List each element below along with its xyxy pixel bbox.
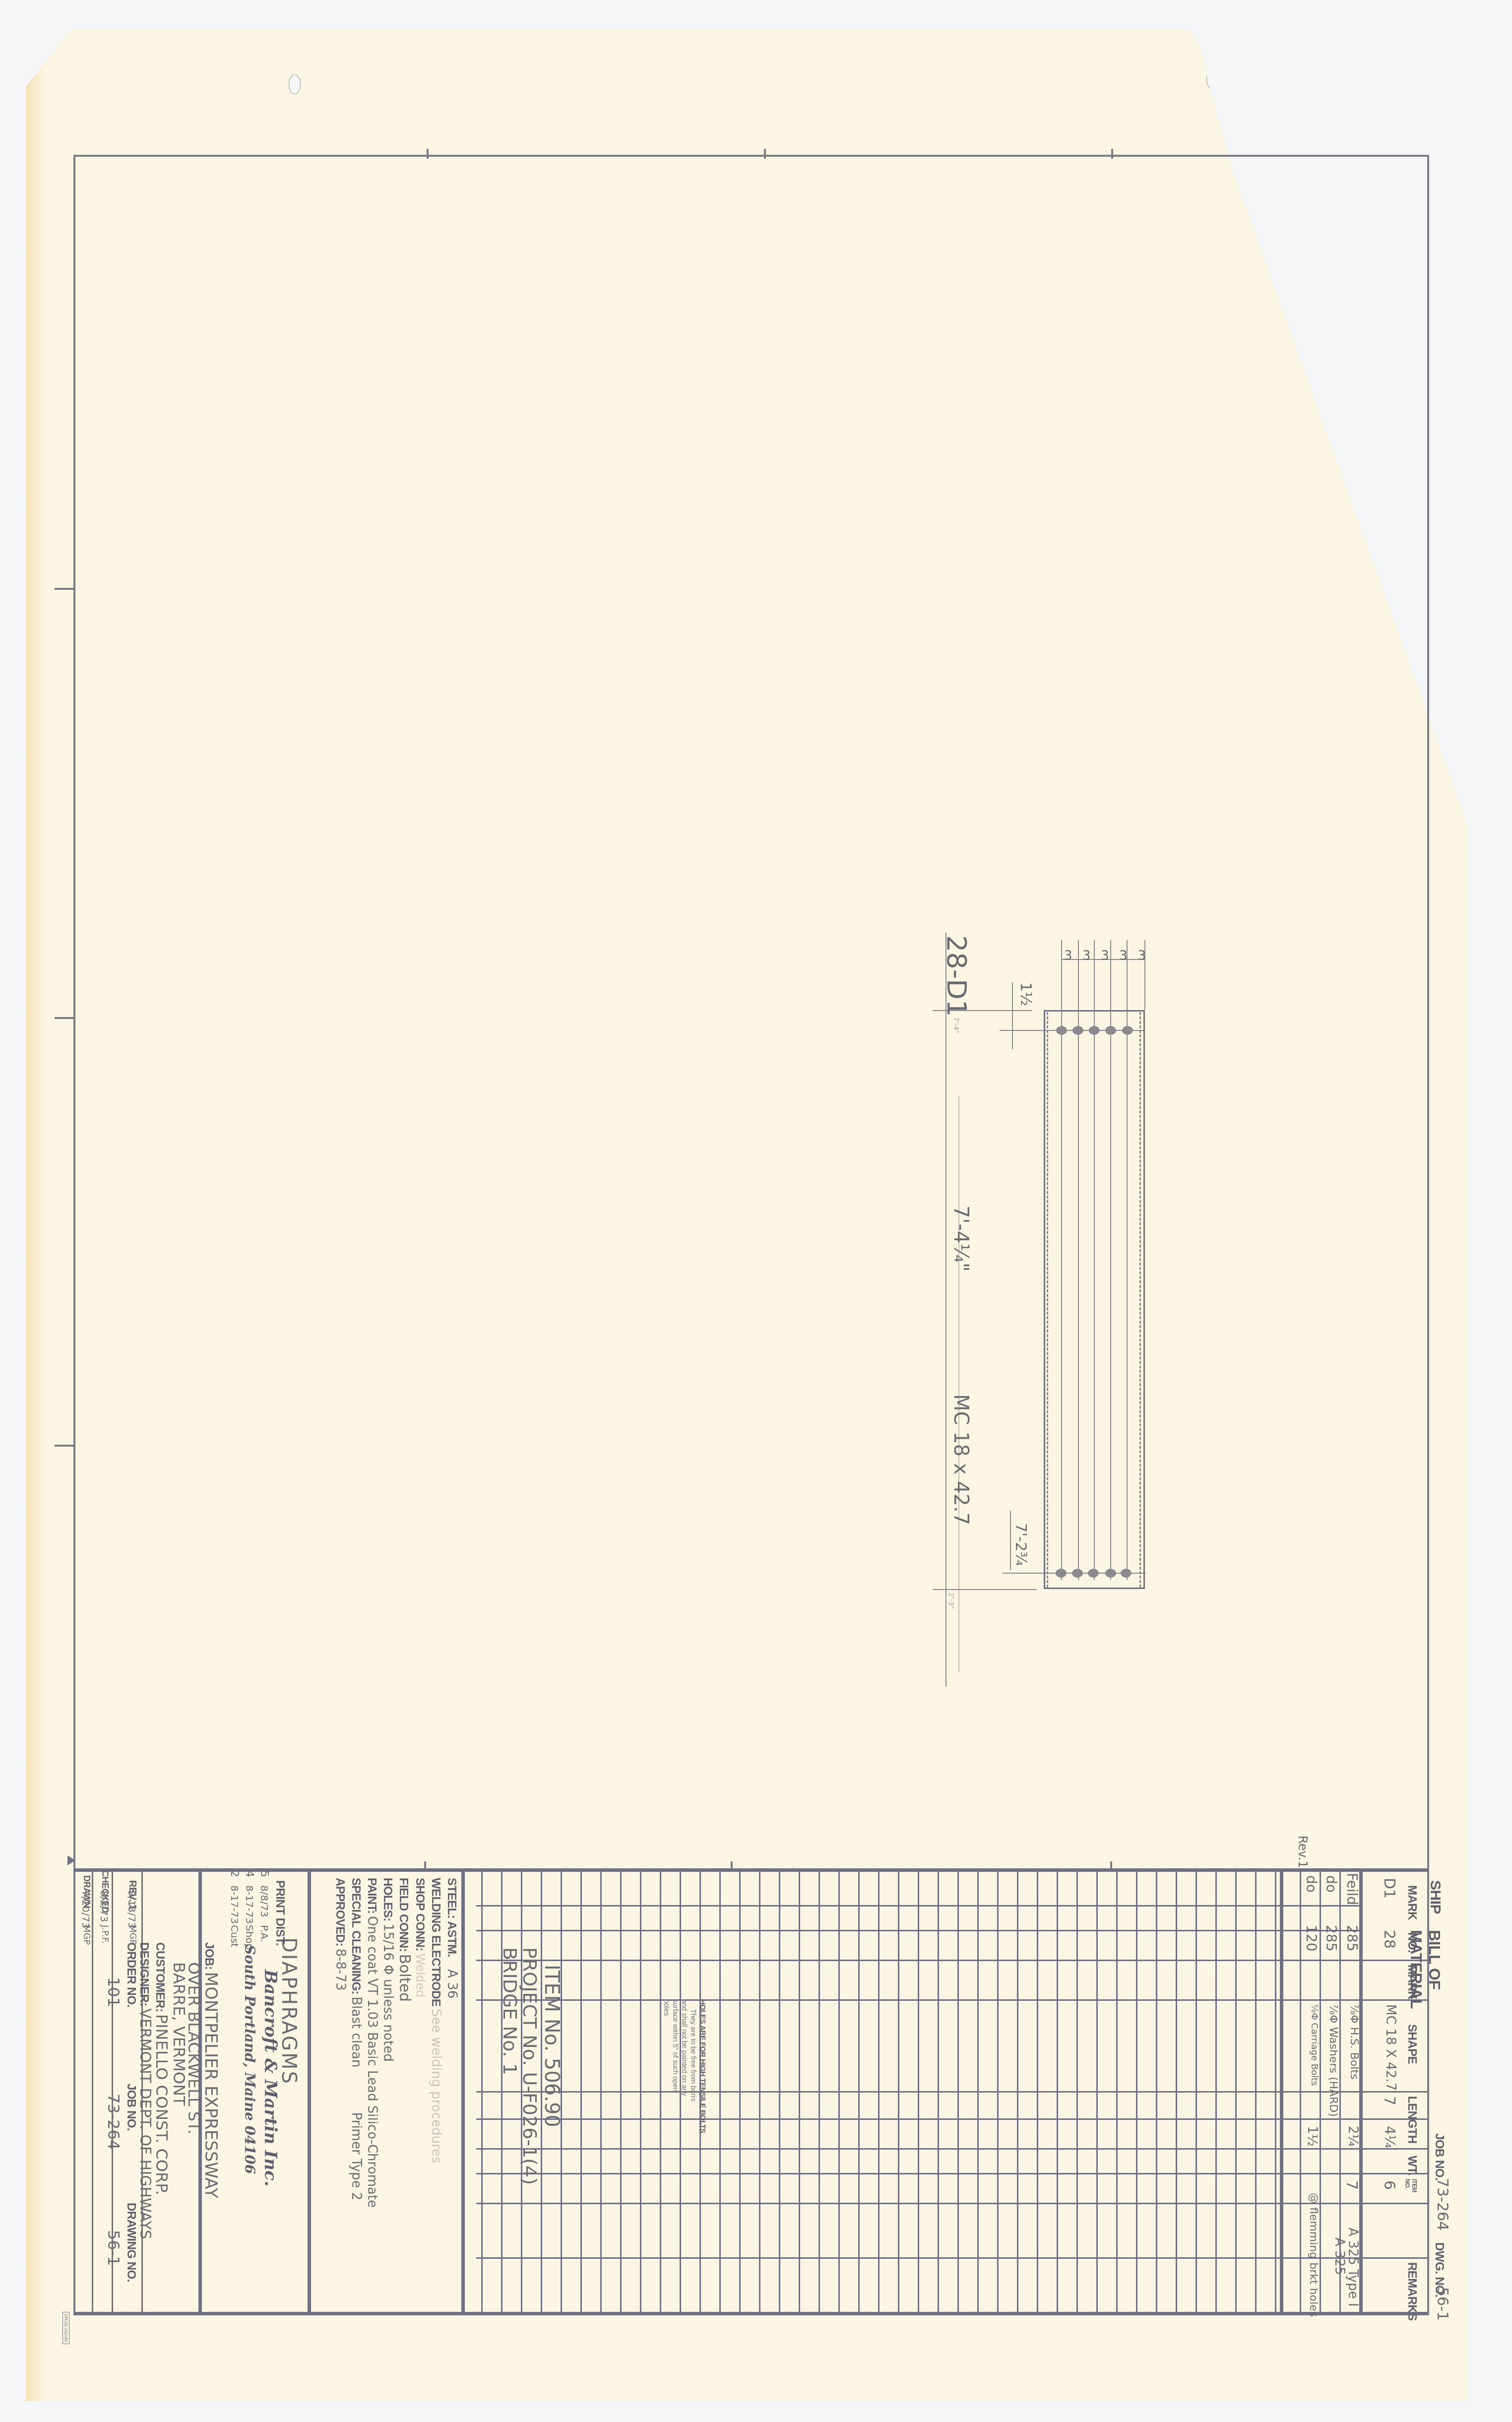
bolt-note: HOLES ARE FOR HIGH TENSILE BOLTS They ar… [662, 1999, 707, 2297]
row-shape: MC 18 X 42.7 [1383, 2004, 1398, 2091]
print-qty: 4 [243, 1870, 255, 1877]
job-no-label: JOB NO. [124, 2084, 138, 2131]
row-length-in: 2¼ [1345, 2126, 1360, 2147]
drawing-no-label: DRAWING NO. [124, 2203, 138, 2282]
bom-job-no: 73-264 [1434, 2178, 1451, 2231]
column-header-remarks: REMARKS [1405, 2262, 1419, 2321]
spec-holes: HOLES: 15/16 Φ unless noted [379, 1878, 395, 2299]
hole-spacing-dim [1010, 1511, 1011, 1570]
hole-spacing-label: 7'-2¾ [1012, 1523, 1029, 1566]
bom-job-no-label: JOB NO. [1432, 2133, 1446, 2180]
bolt-hole-icon [1056, 1569, 1067, 1578]
drawn-by: MGP [81, 1925, 92, 1945]
gage-spacing: 3 3 3 3 3 [1064, 949, 1146, 963]
bolt-hole-icon [1088, 1569, 1099, 1578]
drawing-no: 56-1 [104, 2230, 123, 2266]
bolt-hole-icon [1056, 1026, 1067, 1035]
border-tick [427, 149, 429, 159]
member-shape-label: MC 18 x 42.7 [949, 1394, 972, 1525]
specs-divider [461, 1868, 465, 2315]
column-header-length: LENGTH [1405, 2096, 1419, 2144]
row-length-in: 1½ [1305, 2126, 1320, 2147]
bolt-note-line: surface within 5" of such open [671, 1999, 680, 2297]
punch-hole-left [289, 74, 301, 94]
checked-date: 8/2/73 [98, 1890, 110, 1922]
spec-paint: PAINT: One coat VT 1.03 Basic Lead Silic… [363, 1878, 379, 2299]
gage-value: 3 [1064, 949, 1072, 963]
title-divider [308, 1868, 311, 2315]
designer-info: DESIGNER: VERMONT DEPT. OF HIGHWAYS [136, 1942, 154, 2319]
drawing-title: DIAPHRAGMS [277, 1937, 300, 2085]
revision-triangle-icon [67, 1855, 75, 1865]
row-length-ft: 7 [1381, 2096, 1398, 2105]
print-to: Cust [229, 1925, 241, 1947]
company-name: Bancroft & Martin Inc. [260, 1970, 280, 2186]
bom-divider [1320, 1868, 1321, 2315]
revision-mark: Rev.1 [1296, 1836, 1310, 1868]
bolt-note-line: holes [662, 1999, 671, 2297]
border-tick [55, 588, 74, 590]
channel-hidden-line [1139, 1012, 1141, 1588]
column-header-wt: WT. [1405, 2156, 1419, 2175]
punch-hole-right [1206, 69, 1218, 89]
end-distance-label: 1½ [1017, 982, 1034, 1006]
checked-by: J.P.F. [100, 1925, 110, 1944]
print-dist-label: PRINT DIST. [273, 1880, 287, 1946]
item-number: ITEM No. 506.90 [540, 1965, 563, 2127]
bolt-note-line: and shall not be painted on any [680, 1999, 689, 2297]
channel-hidden-line [1047, 1012, 1048, 1588]
row-shape: ⅞Φ Washers (HARD) [1327, 2004, 1339, 2117]
gage-line [1094, 940, 1095, 1580]
bolt-note-line: They are to be free from burrs [689, 1999, 698, 2297]
job-line3: BARRE, VERMONT [170, 1962, 189, 2106]
row-item-no: 7 [1343, 2180, 1360, 2190]
row-no: 285 [1344, 1925, 1360, 1951]
bolt-hole-icon [1072, 1026, 1083, 1035]
bolt-hole-icon [1121, 1569, 1132, 1578]
rev-date: 9/18/73 [126, 1890, 138, 1928]
column-header-item-no: ITEM NO. [1404, 2179, 1418, 2199]
spec-approved: APPROVED: 8-8-73 [331, 1878, 347, 2299]
end-distance-dim [1012, 982, 1013, 1049]
column-header-shape: SHAPE [1405, 2024, 1419, 2064]
border-tick [55, 1445, 74, 1447]
column-header-no: NO. [1405, 1932, 1419, 1953]
job-no: 73-264 [104, 2094, 123, 2150]
bom-divider [1300, 1868, 1301, 2315]
print-to: P.A. [258, 1925, 270, 1942]
row-ship-mark: do [1323, 1875, 1339, 1893]
drawn-date: 7/20/73 [80, 1890, 92, 1928]
row-remarks: @ flemming brkt holes [1307, 2193, 1320, 2322]
gage-value: 3 [1137, 949, 1146, 963]
gage-value: 3 [1119, 949, 1128, 963]
print-to: Shop [244, 1925, 255, 1950]
column-header-mark2: MARK [1405, 1965, 1419, 1999]
bridge-number: BRIDGE No. 1 [499, 1947, 521, 2075]
spec-shop-conn: SHOP CONN: Welded [411, 1878, 427, 2299]
dimension-line-overall [945, 933, 946, 1687]
print-date: 8/8/73 [258, 1885, 270, 1917]
gage-value: 3 [1082, 949, 1091, 963]
bolt-hole-icon [1072, 1569, 1083, 1578]
row-ship-mark: Feild [1344, 1873, 1360, 1905]
extension-line-bottom [933, 1589, 1037, 1590]
company-address: South Portland, Maine 04106 [242, 1945, 258, 2174]
row-shape: ⅞Φ H.S. Bolts [1348, 2004, 1360, 2080]
row-shape: ⅝Φ Carriage Bolts [1309, 2004, 1320, 2086]
bolt-hole-icon [1105, 1026, 1116, 1035]
gage-line [1127, 940, 1128, 1580]
side-note-bottom: 2'-3" [947, 1593, 955, 1609]
job-line1: MONTPELIER EXPRESSWAY [201, 1972, 221, 2198]
bolt-hole-icon [1089, 1026, 1100, 1035]
spec-cleaning: SPECIAL CLEANING: Blast cleanPrimer Type… [347, 1878, 363, 2299]
row-length-in: 4¼ [1382, 2126, 1398, 2148]
customer-info: CUSTOMER: PINELLO CONST. CORP. [152, 1942, 171, 2309]
column-header-mark: MARK [1405, 1885, 1419, 1920]
row-remarks: A 325 Type I [1345, 2228, 1360, 2307]
order-no: 101 [104, 1977, 123, 2007]
row-no: 28 [1381, 1930, 1398, 1949]
row-ship-mark: D1 [1381, 1878, 1398, 1899]
rev-by: MGP [127, 1925, 138, 1945]
side-note-top: 7'-4" [952, 1017, 960, 1033]
spec-field-conn: FIELD CONN: Bolted [395, 1878, 411, 2299]
row-no: 285 [1323, 1925, 1339, 1951]
border-tick [55, 1017, 74, 1019]
row-no: 120 [1303, 1925, 1320, 1951]
spec-steel: STEEL: ASTM. A 36 [443, 1878, 459, 2299]
border-tick [1111, 149, 1113, 159]
row-item-no: 6 [1381, 2180, 1398, 2190]
project-number: PROJECT No. U-F026-1(4) [519, 1947, 541, 2185]
print-date: 8-17-73 [229, 1885, 241, 1924]
overall-length-label: 7'-4¼" [949, 1206, 972, 1272]
row-ship-mark: do [1303, 1875, 1320, 1893]
print-qty: 2 [228, 1870, 241, 1877]
gage-value: 3 [1101, 949, 1109, 963]
row-remarks: A 325 [1332, 2237, 1347, 2275]
spec-welding: WELDING ELECTRODE See welding procedures [427, 1878, 443, 2299]
gage-line [1078, 940, 1079, 1580]
bom-ship-label: SHIP [1427, 1880, 1444, 1914]
bolt-hole-icon [1122, 1026, 1133, 1035]
print-date: 8-17-73 [244, 1885, 255, 1924]
member-mark-label: 28-D1 [941, 935, 972, 1017]
bolt-hole-icon [1105, 1569, 1116, 1578]
order-no-label: ORDER NO. [124, 1942, 138, 2008]
bom-divider [1280, 1868, 1283, 2315]
extension-line [958, 1096, 959, 1672]
title-divider [92, 1868, 93, 2315]
border-tick [764, 149, 766, 159]
gage-line [1110, 940, 1111, 1580]
print-qty: 5 [258, 1870, 270, 1877]
job-info: JOB: MONTPELIER EXPRESSWAY [201, 1942, 221, 2309]
gage-line [1061, 940, 1062, 1580]
specs-block: STEEL: ASTM. A 36 WELDING ELECTRODE See … [331, 1878, 459, 2299]
bom-dwg-no: 56-1 [1434, 2287, 1451, 2321]
bom-grid-columns [481, 1870, 1280, 2312]
stamp-label: DRUG AGAIN [63, 2312, 69, 2344]
bolt-note-title: HOLES ARE FOR HIGH TENSILE BOLTS [698, 1999, 707, 2297]
grid-bottom-line [73, 2312, 1428, 2315]
